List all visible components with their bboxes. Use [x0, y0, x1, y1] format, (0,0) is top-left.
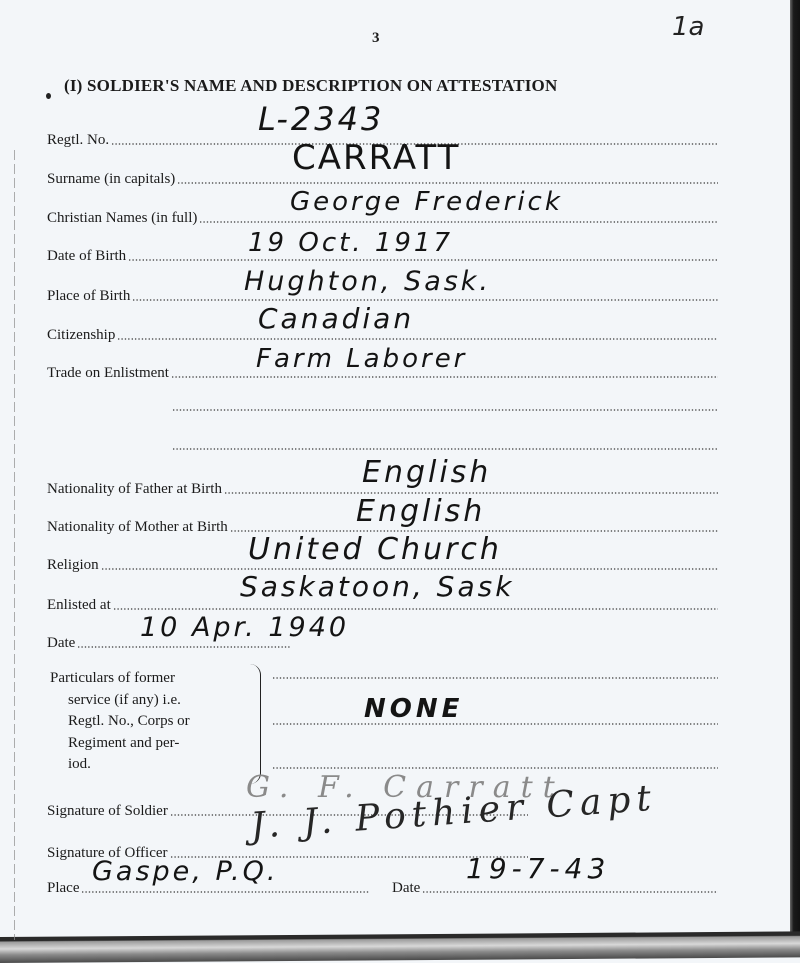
former-service-label: Particulars of former service (if any) i…: [50, 668, 245, 776]
dotted-line: [128, 259, 718, 261]
dotted-line: [177, 182, 718, 184]
page-number: 3: [372, 30, 380, 47]
section-heading: (I) SOLDIER'S NAME AND DESCRIPTION ON AT…: [64, 76, 557, 96]
field-label: Regtl. No.: [47, 132, 109, 151]
dotted-line: [77, 646, 290, 648]
field-value-trade: Farm Laborer: [256, 344, 467, 374]
field-label: Place: [47, 880, 79, 899]
field-label: Date: [392, 880, 420, 899]
former-service-line-3: [272, 767, 718, 769]
label-line: iod.: [50, 754, 245, 776]
field-value-christian-names: George Frederick: [290, 187, 563, 217]
field-label: Date: [47, 635, 75, 654]
field-value-place-of-birth: Hughton, Sask.: [244, 266, 491, 297]
field-label: Surname (in capitals): [47, 171, 175, 190]
dotted-line: [113, 608, 718, 610]
margin-rule: [14, 150, 15, 940]
field-value-former-service: None: [364, 694, 463, 724]
field-label: Signature of Soldier: [47, 803, 168, 822]
bullet-mark: [46, 93, 51, 99]
field-value-religion: United Church: [248, 532, 502, 567]
blank-dotted-line: [172, 409, 718, 411]
brace-bracket: [250, 664, 261, 784]
label-line: Particulars of former: [50, 668, 245, 690]
dotted-line: [132, 299, 718, 301]
label-line: service (if any) i.e.: [50, 690, 245, 712]
field-value-date-of-birth: 19 Oct. 1917: [248, 228, 453, 258]
former-service-line-2: [272, 723, 718, 725]
field-value-place: Gaspe, P.Q.: [92, 856, 278, 887]
field-value-nationality-father: English: [362, 455, 491, 490]
blank-dotted-line: [172, 448, 718, 450]
field-label: Place of Birth: [47, 288, 130, 307]
dotted-line: [81, 891, 370, 893]
field-value-regtl-no: L-2343: [258, 100, 384, 138]
field-label: Nationality of Father at Birth: [47, 481, 222, 500]
field-value-signature-date: 19-7-43: [466, 852, 610, 885]
field-label: Enlisted at: [47, 597, 111, 616]
field-value-enlisted-at: Saskatoon, Sask: [240, 570, 514, 603]
field-label: Trade on Enlistment: [47, 365, 169, 384]
field-value-enlistment-date: 10 Apr. 1940: [140, 612, 349, 643]
dotted-line: [422, 891, 718, 893]
dotted-line: [199, 221, 718, 223]
field-value-surname: CARRATT: [292, 138, 460, 178]
field-label: Christian Names (in full): [47, 210, 197, 229]
label-line: Regtl. No., Corps or: [50, 711, 245, 733]
attestation-page: 3 1a (I) SOLDIER'S NAME AND DESCRIPTION …: [0, 0, 800, 963]
page-bottom-edge: [0, 931, 800, 963]
field-label: Date of Birth: [47, 248, 126, 267]
field-label: Religion: [47, 557, 99, 576]
field-label: Nationality of Mother at Birth: [47, 519, 228, 538]
former-service-line-1: [272, 677, 718, 679]
page-edge-shadow: [790, 0, 800, 935]
field-value-citizenship: Canadian: [258, 302, 414, 335]
dotted-line: [117, 338, 718, 340]
label-line: Regiment and per-: [50, 733, 245, 755]
field-value-nationality-mother: English: [356, 494, 485, 529]
dotted-line: [171, 376, 718, 378]
corner-annotation: 1a: [672, 12, 704, 42]
field-label: Citizenship: [47, 327, 115, 346]
